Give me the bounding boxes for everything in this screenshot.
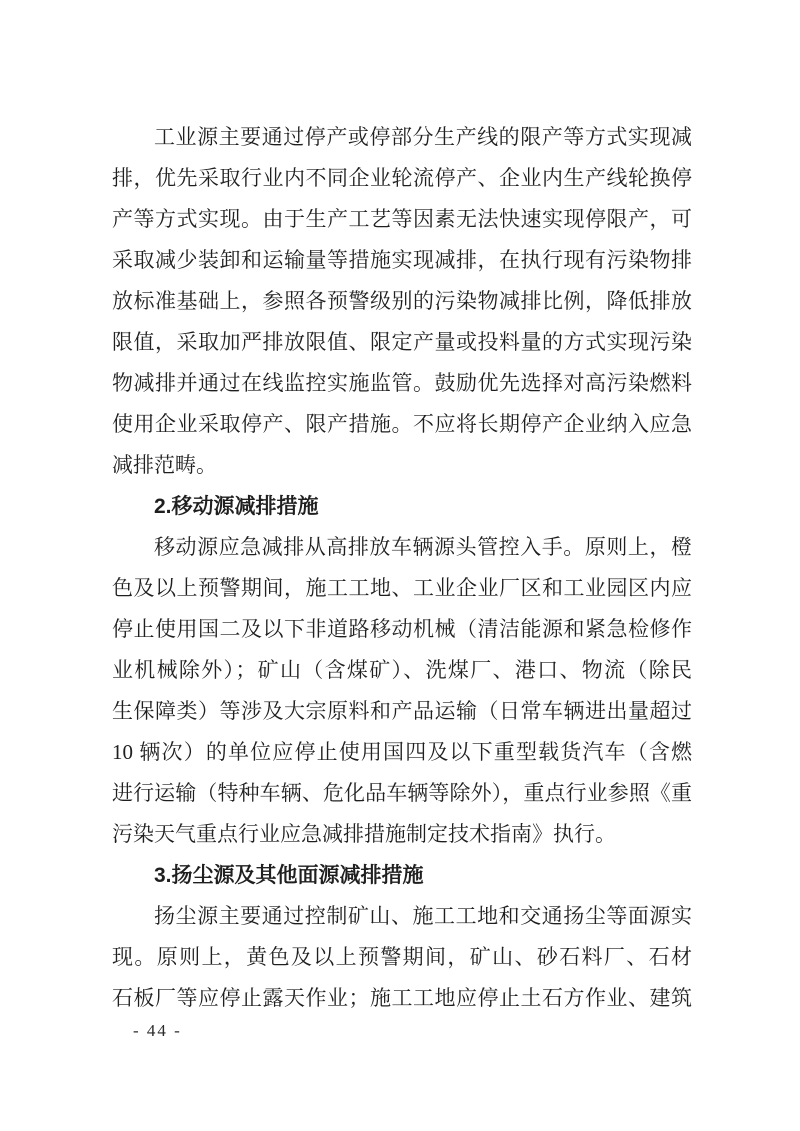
text-line: 停止使用国二及以下非道路移动机械（清洁能源和紧急检修作 xyxy=(112,609,692,650)
text-line: 10 辆次）的单位应停止使用国四及以下重型载货汽车（含燃气） xyxy=(112,732,692,773)
text-line: 石板厂等应停止露天作业；施工工地应停止土石方作业、建筑 xyxy=(112,978,692,1019)
text-line: 污染天气重点行业应急减排措施制定技术指南》执行。 xyxy=(112,814,692,855)
paragraph: 扬尘源主要通过控制矿山、施工工地和交通扬尘等面源实现。原则上，黄色及以上预警期间… xyxy=(112,896,692,1019)
text-line: 业机械除外）；矿山（含煤矿）、洗煤厂、港口、物流（除民 xyxy=(112,650,692,691)
text-line: 现。原则上，黄色及以上预警期间，矿山、砂石料厂、石材厂、 xyxy=(112,937,692,978)
text-line: 生保障类）等涉及大宗原料和产品运输（日常车辆进出量超过 xyxy=(112,691,692,732)
text-line: 采取减少装卸和运输量等措施实现减排，在执行现有污染物排 xyxy=(112,240,692,281)
text-line: 限值，采取加严排放限值、限定产量或投料量的方式实现污染 xyxy=(112,322,692,363)
text-line: 排，优先采取行业内不同企业轮流停产、企业内生产线轮换停 xyxy=(112,158,692,199)
paragraph: 工业源主要通过停产或停部分生产线的限产等方式实现减排，优先采取行业内不同企业轮流… xyxy=(112,117,692,486)
page-number: - 44 - xyxy=(133,1021,182,1041)
document-page: 工业源主要通过停产或停部分生产线的限产等方式实现减排，优先采取行业内不同企业轮流… xyxy=(0,0,800,1131)
paragraph: 移动源应急减排从高排放车辆源头管控入手。原则上，橙色及以上预警期间，施工工地、工… xyxy=(112,527,692,855)
text-line: 放标准基础上，参照各预警级别的污染物减排比例，降低排放 xyxy=(112,281,692,322)
text-line: 移动源应急减排从高排放车辆源头管控入手。原则上，橙 xyxy=(112,527,692,568)
section-heading: 2.移动源减排措施 xyxy=(112,486,692,527)
text-line: 产等方式实现。由于生产工艺等因素无法快速实现停限产，可 xyxy=(112,199,692,240)
text-line: 色及以上预警期间，施工工地、工业企业厂区和工业园区内应 xyxy=(112,568,692,609)
text-line: 物减排并通过在线监控实施监管。鼓励优先选择对高污染燃料 xyxy=(112,363,692,404)
text-line: 扬尘源主要通过控制矿山、施工工地和交通扬尘等面源实 xyxy=(112,896,692,937)
text-line: 进行运输（特种车辆、危化品车辆等除外），重点行业参照《重 xyxy=(112,773,692,814)
text-line: 减排范畴。 xyxy=(112,445,692,486)
text-line: 工业源主要通过停产或停部分生产线的限产等方式实现减 xyxy=(112,117,692,158)
section-heading: 3.扬尘源及其他面源减排措施 xyxy=(112,855,692,896)
document-body: 工业源主要通过停产或停部分生产线的限产等方式实现减排，优先采取行业内不同企业轮流… xyxy=(112,117,692,1019)
text-line: 使用企业采取停产、限产措施。不应将长期停产企业纳入应急 xyxy=(112,404,692,445)
